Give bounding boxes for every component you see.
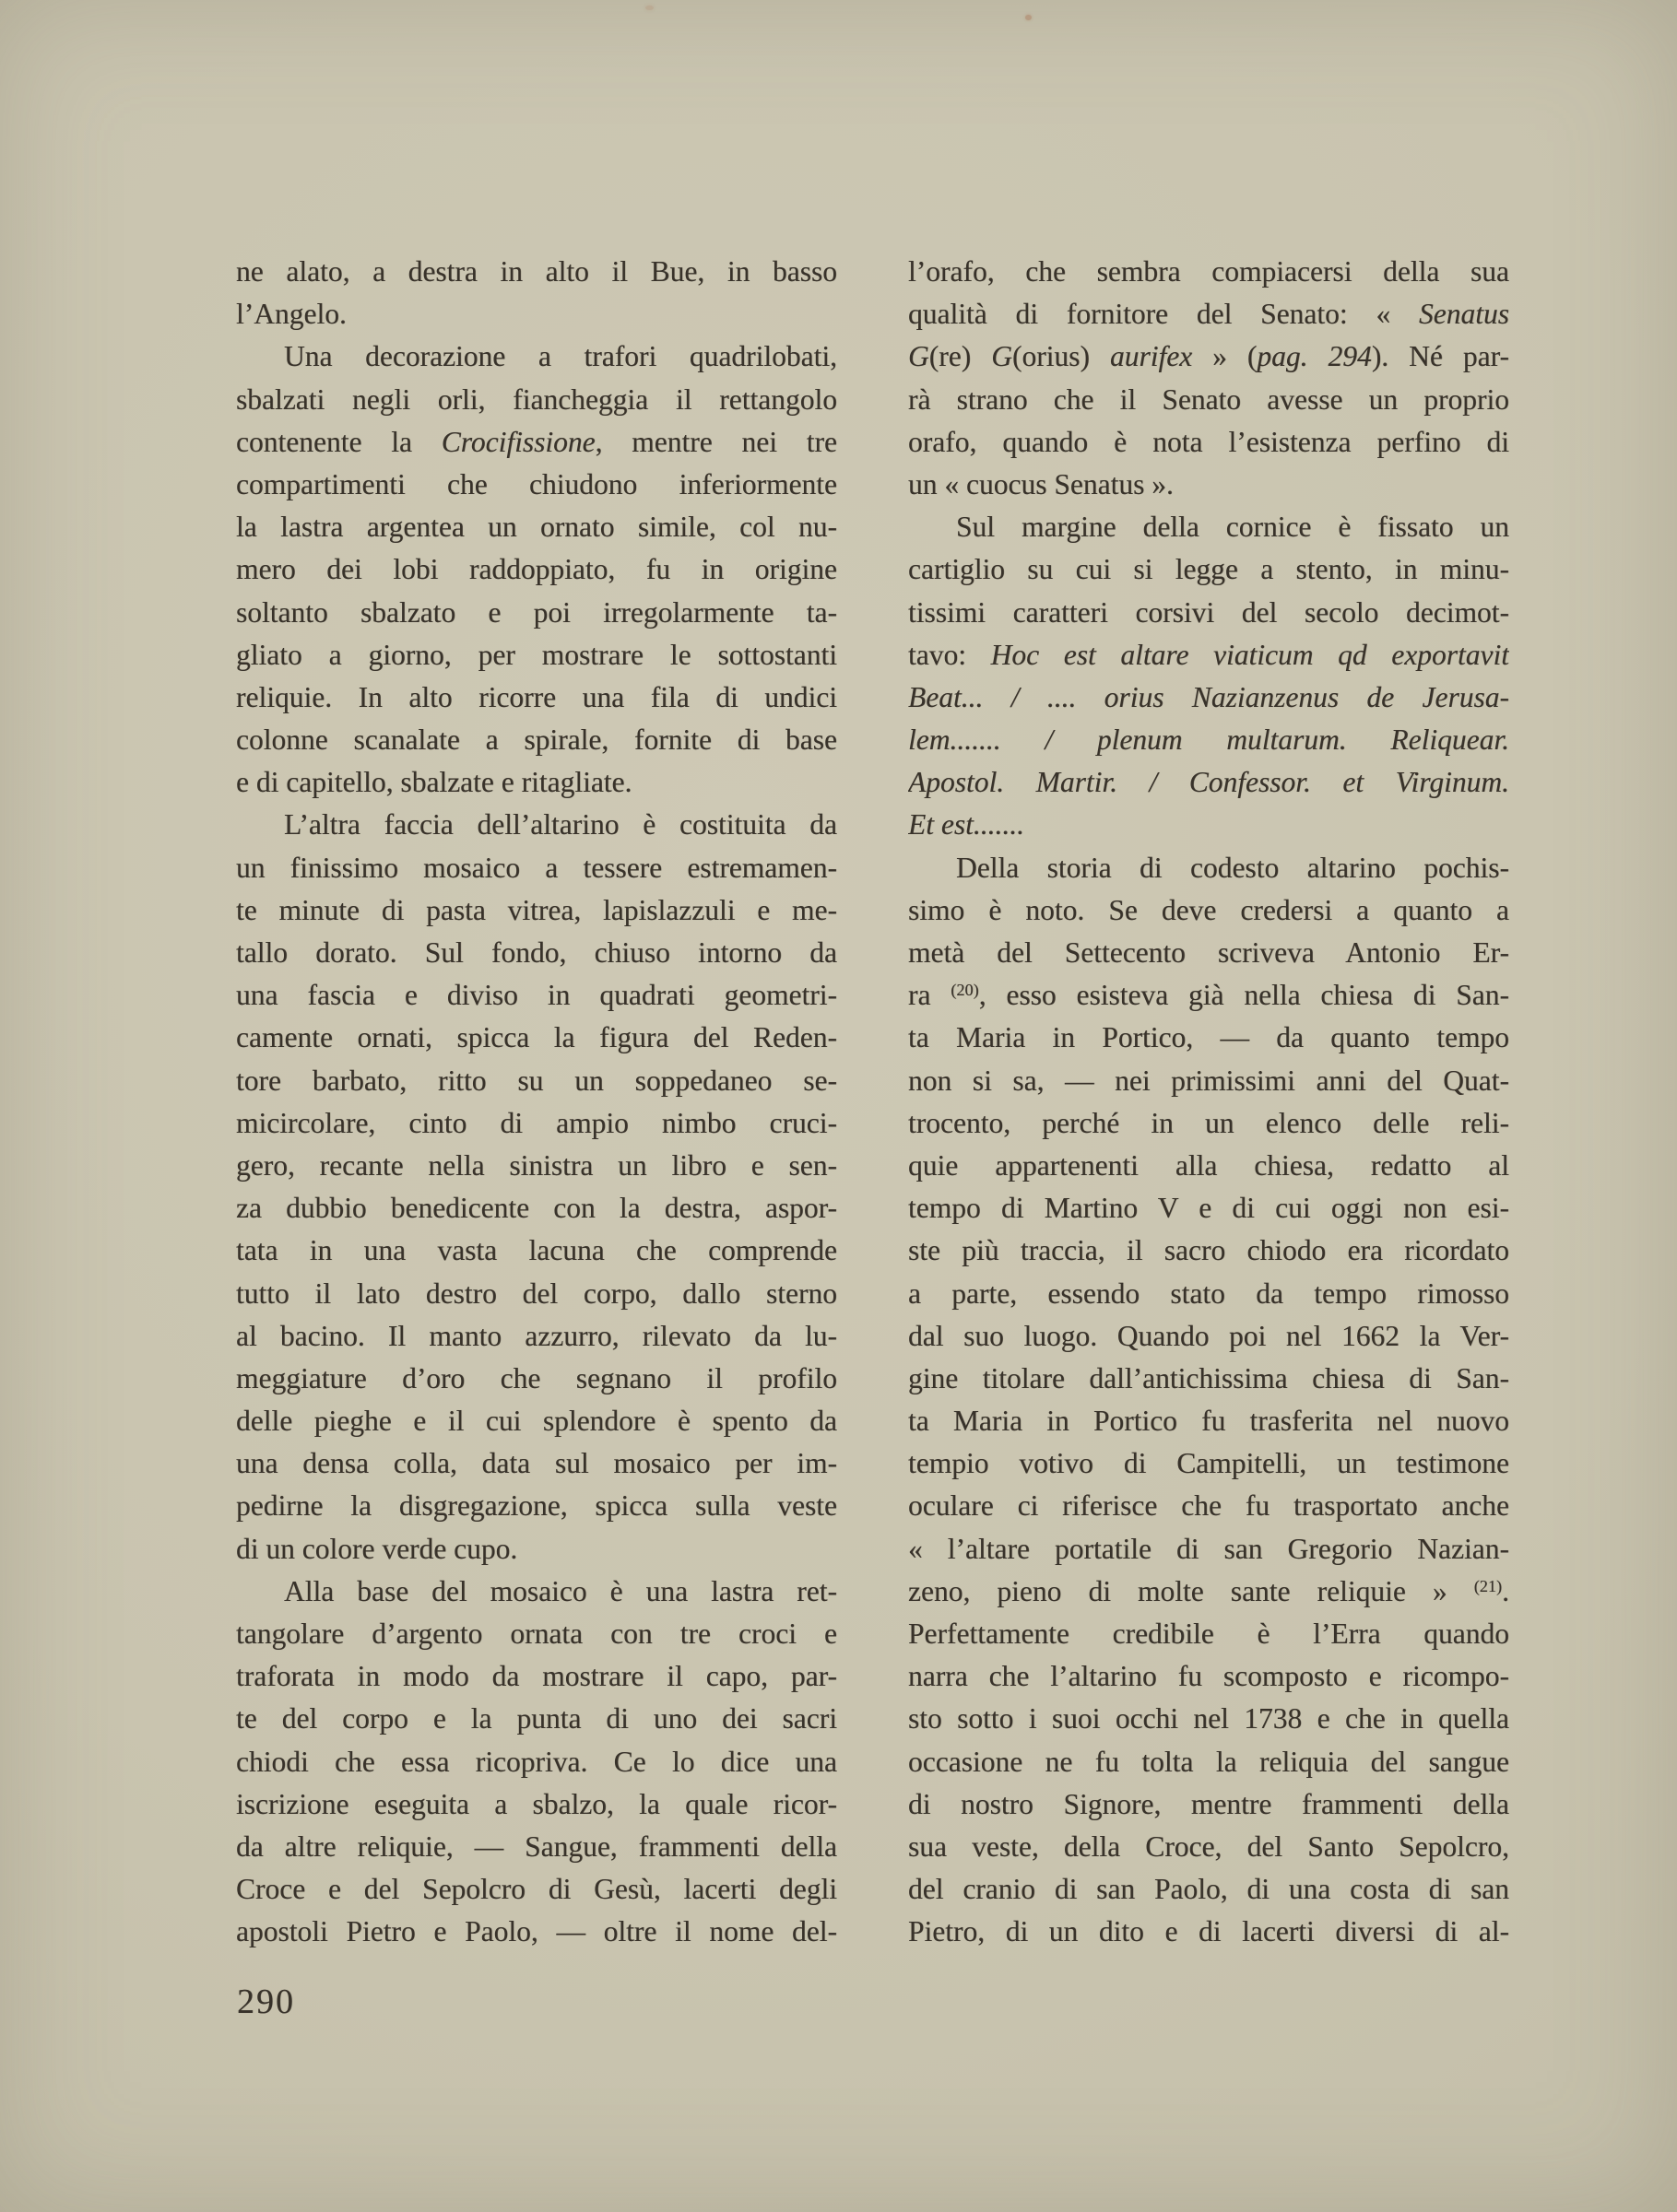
text-line: a parte, essendo stato da tempo rimosso — [908, 1273, 1509, 1315]
text-line: metà del Settecento scriveva Antonio Er- — [908, 932, 1509, 974]
text-line: mero dei lobi raddoppiato, fu in origine — [236, 548, 837, 591]
italic-text: aurifex — [1110, 340, 1192, 372]
text-line: Perfettamente credibile è l’Erra quando — [908, 1613, 1509, 1655]
text-line: quie appartenenti alla chiesa, redatto a… — [908, 1145, 1509, 1187]
text-column-right: l’orafo, che sembra compiacersi della su… — [908, 251, 1509, 1954]
text-line: ta Maria in Portico, — da quanto tempo — [908, 1017, 1509, 1059]
text-line: Pietro, di un dito e di lacerti diversi … — [908, 1911, 1509, 1953]
italic-text: G — [991, 340, 1012, 372]
text-line: ta Maria in Portico fu trasferita nel nu… — [908, 1400, 1509, 1442]
text-line: Croce e del Sepolcro di Gesù, lacerti de… — [236, 1868, 837, 1911]
text-line: iscrizione eseguita a sbalzo, la quale r… — [236, 1783, 837, 1826]
text-line: Alla base del mosaico è una lastra ret- — [236, 1571, 837, 1613]
text-line: la lastra argentea un ornato simile, col… — [236, 506, 837, 548]
text-line: G(re) G(orius) aurifex » (pag. 294). Né … — [908, 335, 1509, 378]
footnote-marker: (21) — [1474, 1577, 1502, 1595]
text-line: tutto il lato destro del corpo, dallo st… — [236, 1273, 837, 1315]
text-line: tempio votivo di Campitelli, un testimon… — [908, 1442, 1509, 1485]
text-line: sto sotto i suoi occhi nel 1738 e che in… — [908, 1698, 1509, 1740]
text-line: narra che l’altarino fu scomposto e rico… — [908, 1655, 1509, 1698]
text-line: « l’altare portatile di san Gregorio Naz… — [908, 1528, 1509, 1571]
italic-text: Hoc est altare viaticum qd exportavit — [991, 639, 1509, 671]
text-line: apostoli Pietro e Paolo, — oltre il nome… — [236, 1911, 837, 1953]
text-line: dal suo luogo. Quando poi nel 1662 la Ve… — [908, 1315, 1509, 1358]
text-line: colonne scanalate a spirale, fornite di … — [236, 719, 837, 761]
italic-text: lem....... / plenum multarum. Reliquear. — [908, 724, 1509, 756]
scan-speck — [645, 6, 654, 10]
text-line: da altre reliquie, — Sangue, frammenti d… — [236, 1826, 837, 1868]
book-page-scan: { "page": { "number": "290", "paper_colo… — [0, 0, 1677, 2212]
text-line: simo è noto. Se deve credersi a quanto a — [908, 889, 1509, 932]
text-line: contenente la Crocifissione, mentre nei … — [236, 421, 837, 464]
text-line: oculare ci riferisce che fu trasportato … — [908, 1485, 1509, 1527]
text-line: al bacino. Il manto azzurro, rilevato da… — [236, 1315, 837, 1358]
text-line: di nostro Signore, mentre frammenti dell… — [908, 1783, 1509, 1826]
scan-speck — [1025, 15, 1032, 20]
text-line: trocento, perché in un elenco delle reli… — [908, 1102, 1509, 1145]
text-line: tore barbato, ritto su un soppedaneo se- — [236, 1060, 837, 1102]
text-line: traforata in modo da mostrare il capo, p… — [236, 1655, 837, 1698]
text-line: L’altra faccia dell’altarino è costituit… — [236, 804, 837, 846]
text-line: Della storia di codesto altarino pochis- — [908, 847, 1509, 889]
text-line: za dubbio benedicente con la destra, asp… — [236, 1187, 837, 1230]
italic-text: Et est....... — [908, 808, 1024, 841]
text-line: gliato a giorno, per mostrare le sottost… — [236, 634, 837, 677]
text-line: cartiglio su cui si legge a stento, in m… — [908, 548, 1509, 591]
italic-text: Senatus — [1419, 298, 1509, 330]
text-line: ste più traccia, il sacro chiodo era ric… — [908, 1230, 1509, 1272]
text-line: ra (20), esso esisteva già nella chiesa … — [908, 974, 1509, 1017]
text-line: tangolare d’argento ornata con tre croci… — [236, 1613, 837, 1655]
text-line: delle pieghe e il cui splendore è spento… — [236, 1400, 837, 1442]
text-line: tempo di Martino V e di cui oggi non esi… — [908, 1187, 1509, 1230]
text-line: pedirne la disgregazione, spicca sulla v… — [236, 1485, 837, 1527]
text-line: gero, recante nella sinistra un libro e … — [236, 1145, 837, 1187]
text-line: occasione ne fu tolta la reliquia del sa… — [908, 1741, 1509, 1783]
italic-text: Apostol. Martir. / Confessor. et Virginu… — [908, 766, 1509, 798]
text-line: non si sa, — nei primissimi anni del Qua… — [908, 1060, 1509, 1102]
text-line: camente ornati, spicca la figura del Red… — [236, 1017, 837, 1059]
text-line: e di capitello, sbalzate e ritagliate. — [236, 761, 837, 804]
text-line: ne alato, a destra in alto il Bue, in ba… — [236, 251, 837, 293]
text-line: orafo, quando è nota l’esistenza perfino… — [908, 421, 1509, 464]
text-line: l’Angelo. — [236, 293, 837, 335]
text-line: Una decorazione a trafori quadrilobati, — [236, 335, 837, 378]
text-line: compartimenti che chiudono inferiormente — [236, 464, 837, 506]
text-line: una densa colla, data sul mosaico per im… — [236, 1442, 837, 1485]
text-line: sbalzati negli orli, fiancheggia il rett… — [236, 379, 837, 421]
text-line: meggiature d’oro che segnano il profilo — [236, 1358, 837, 1400]
text-line: un « cuocus Senatus ». — [908, 464, 1509, 506]
text-line: soltanto sbalzato e poi irregolarmente t… — [236, 592, 837, 634]
text-line: reliquie. In alto ricorre una fila di un… — [236, 677, 837, 719]
text-line: gine titolare dall’antichissima chiesa d… — [908, 1358, 1509, 1400]
text-line: Apostol. Martir. / Confessor. et Virginu… — [908, 761, 1509, 804]
text-line: Beat... / .... orius Nazianzenus de Jeru… — [908, 677, 1509, 719]
page: ne alato, a destra in alto il Bue, in ba… — [0, 0, 1677, 2212]
italic-text: pag. 294 — [1257, 340, 1371, 372]
italic-text: Crocifissione — [442, 426, 596, 458]
text-line: un finissimo mosaico a tessere estremame… — [236, 847, 837, 889]
text-line: una fascia e diviso in quadrati geometri… — [236, 974, 837, 1017]
text-line: chiodi che essa ricopriva. Ce lo dice un… — [236, 1741, 837, 1783]
footnote-marker: (20) — [951, 981, 978, 999]
text-line: lem....... / plenum multarum. Reliquear. — [908, 719, 1509, 761]
text-column-left: ne alato, a destra in alto il Bue, in ba… — [236, 251, 837, 1954]
text-line: te minute di pasta vitrea, lapislazzuli … — [236, 889, 837, 932]
text-line: micircolare, cinto di ampio nimbo cruci- — [236, 1102, 837, 1145]
text-line: rà strano che il Senato avesse un propri… — [908, 379, 1509, 421]
text-line: Et est....... — [908, 804, 1509, 846]
page-number: 290 — [237, 1982, 295, 2022]
text-line: di un colore verde cupo. — [236, 1528, 837, 1571]
text-line: tissimi caratteri corsivi del secolo dec… — [908, 592, 1509, 634]
text-line: tallo dorato. Sul fondo, chiuso intorno … — [236, 932, 837, 974]
text-line: Sul margine della cornice è fissato un — [908, 506, 1509, 548]
text-line: tata in una vasta lacuna che comprende — [236, 1230, 837, 1272]
text-line: sua veste, della Croce, del Santo Sepolc… — [908, 1826, 1509, 1868]
text-line: l’orafo, che sembra compiacersi della su… — [908, 251, 1509, 293]
text-line: zeno, pieno di molte sante reliquie » (2… — [908, 1571, 1509, 1613]
text-line: del cranio di san Paolo, di una costa di… — [908, 1868, 1509, 1911]
italic-text: Beat... / .... orius Nazianzenus de Jeru… — [908, 681, 1509, 713]
text-line: qualità di fornitore del Senato: « Senat… — [908, 293, 1509, 335]
italic-text: G — [908, 340, 929, 372]
text-line: tavo: Hoc est altare viaticum qd exporta… — [908, 634, 1509, 677]
text-line: te del corpo e la punta di uno dei sacri — [236, 1698, 837, 1740]
